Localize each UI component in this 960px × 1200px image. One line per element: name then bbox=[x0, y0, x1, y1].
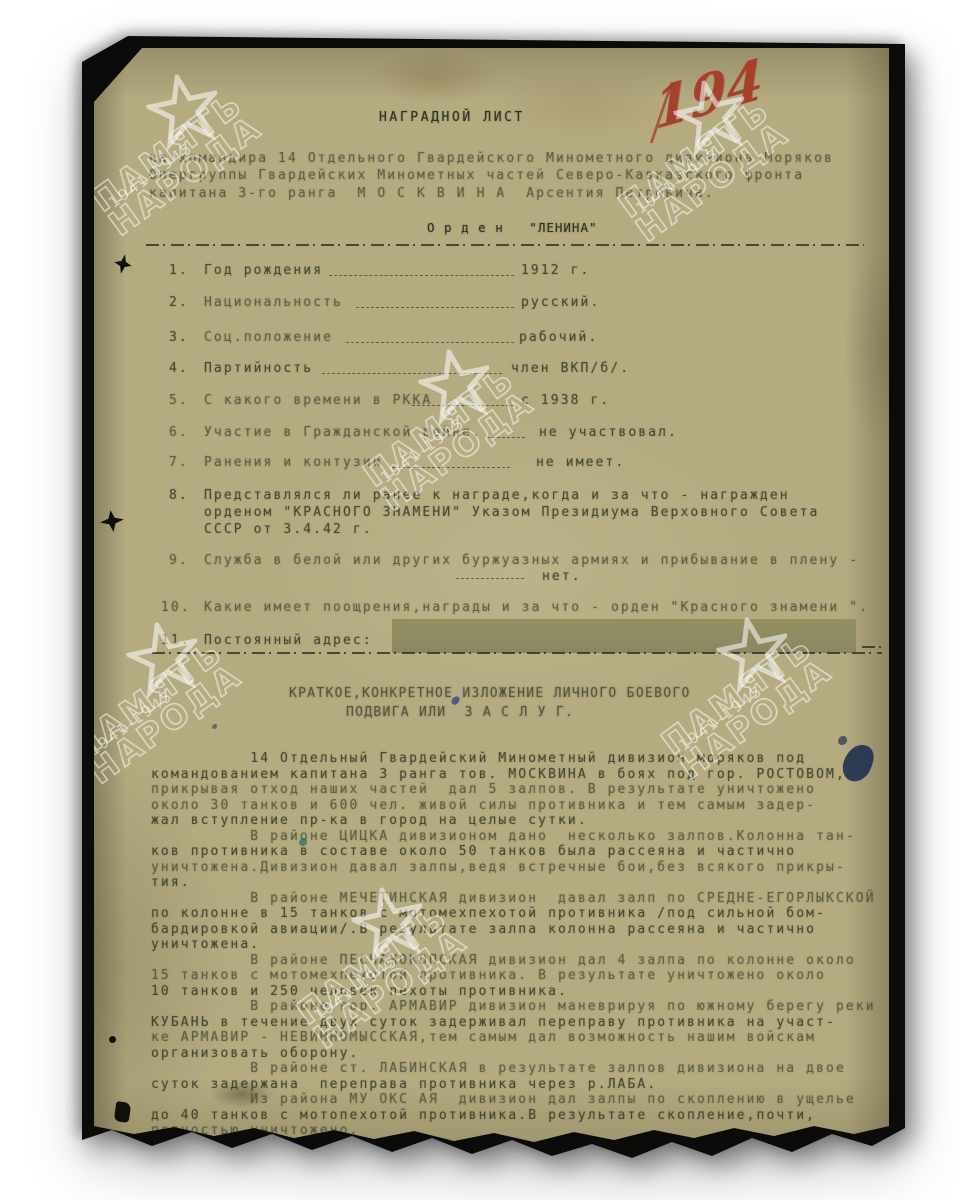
screenshot-root: { "colors": { "paper": "#b5ab81", "ink":… bbox=[0, 0, 960, 1200]
body-text-line: В районе МЕЧЕТИНСКАЯ дивизион давал залп… bbox=[151, 891, 876, 907]
item-label: Год рождения bbox=[204, 263, 323, 279]
item-text-line: Какие имеет поощрения,награды и за что -… bbox=[204, 600, 869, 616]
item-number: 5. bbox=[169, 393, 189, 409]
punch-hole bbox=[112, 252, 134, 275]
dotted-underline bbox=[329, 263, 514, 276]
item-value: рабочий. bbox=[519, 330, 598, 346]
dotted-underline bbox=[456, 566, 524, 579]
body-text-line: Из района МУ ОКС АЯ дивизион дал залпы п… bbox=[151, 1092, 856, 1108]
punch-hole bbox=[109, 1036, 116, 1043]
dotted-underline bbox=[322, 361, 502, 374]
handwritten-page-number: 194 bbox=[653, 46, 764, 143]
watermark-word: ПАМЯТЬ bbox=[67, 635, 229, 764]
item-number: 10. bbox=[161, 600, 191, 616]
body-text-line: жал вступление пр-ка в город на целые су… bbox=[151, 813, 588, 829]
ink-blot bbox=[838, 736, 847, 745]
item-answer: нет. bbox=[542, 569, 582, 585]
item-label: Национальность bbox=[204, 295, 343, 311]
item-label: Соц.положение bbox=[204, 330, 333, 346]
item-number: 11. bbox=[161, 633, 191, 649]
body-text-line: ке АРМАВИР - НЕВИННОМЫССКАЯ,тем самым да… bbox=[151, 1030, 816, 1046]
item-text-line: СССР от 3.4.42 г. bbox=[204, 522, 373, 538]
section-heading-line: КРАТКОЕ,КОНКРЕТНОЕ ИЗЛОЖЕНИЕ ЛИЧНОГО БОЕ… bbox=[289, 686, 691, 702]
item-number: 6. bbox=[169, 425, 189, 441]
item-number: 9. bbox=[169, 553, 189, 569]
dotted-underline bbox=[356, 295, 514, 308]
divider-dashed-line bbox=[152, 652, 882, 654]
body-text-line: В районе ЦИЦКА дивизионом дано несколько… bbox=[151, 829, 856, 845]
body-text-line: В районе гор. АРМАВИР дивизион маневриру… bbox=[151, 999, 876, 1015]
scanned-photo-wrapper: НАГРАДНОЙ ЛИСТ на командира 14 Отдельног… bbox=[82, 36, 905, 1158]
body-text-line: суток задержана переправа противника чер… bbox=[151, 1077, 657, 1093]
item-label: Партийность bbox=[204, 361, 313, 377]
body-text-line: КУБАНЬ в течение двух суток задерживал п… bbox=[151, 1015, 836, 1031]
punch-hole bbox=[114, 1101, 132, 1123]
body-text-line: В районе ст. ЛАБИНСКАЯ в результате залп… bbox=[151, 1061, 846, 1077]
body-text-line: организовать оборону. bbox=[151, 1046, 359, 1062]
body-text-line: тия. bbox=[151, 875, 191, 891]
body-text-line: до 40 танков с мотопехотой противника.В … bbox=[151, 1108, 816, 1124]
watermark-years: 1941-1945 bbox=[85, 686, 176, 759]
item-number: 2. bbox=[169, 295, 189, 311]
body-text-line: ков противника в составе около 50 танков… bbox=[151, 844, 796, 860]
item-text-line: Представлялся ли ранее к награде,когда и… bbox=[204, 488, 790, 504]
body-text-line: по колонне в 15 танков с мотомехпехотой … bbox=[151, 906, 826, 922]
document-scan-frame: НАГРАДНОЙ ЛИСТ на командира 14 Отдельног… bbox=[82, 36, 905, 1158]
body-text-line: прикрывая отход наших частей дал 5 залпо… bbox=[151, 782, 816, 798]
redacted-address-block bbox=[392, 619, 856, 653]
ink-blot bbox=[212, 724, 217, 729]
body-text-line: бардировкой авиации/.В результате залпа … bbox=[151, 922, 816, 938]
recipient-description-line: на командира 14 Отдельного Гвардейского … bbox=[149, 151, 834, 167]
item-label: Участие в Гражданской войне. bbox=[204, 425, 482, 441]
item-number: 8. bbox=[169, 488, 189, 504]
item-text-line: орденом "КРАСНОГО ЗНАМЕНИ" Указом Презид… bbox=[204, 505, 819, 521]
recipient-description-line: капитана 3-го ранга М О С К В И Н А Арсе… bbox=[149, 186, 715, 202]
item-value: не участвовал. bbox=[539, 425, 678, 441]
body-text-line: уничтожена.Дивизион давал залпы,ведя вст… bbox=[151, 860, 846, 876]
body-text-line: В районе ПЕСЧАНОКОПСКАЯ дивизион дал 4 з… bbox=[151, 953, 856, 969]
star-icon bbox=[141, 67, 226, 152]
dotted-underline bbox=[487, 425, 525, 438]
item-value: русский. bbox=[521, 295, 600, 311]
item-value: член ВКП/б/. bbox=[511, 361, 630, 377]
item-label: Ранения и контузии bbox=[204, 455, 383, 471]
body-text-line: полностью уничтожено. bbox=[151, 1123, 359, 1139]
dotted-underline bbox=[346, 330, 514, 343]
item-text-line: Служба в белой или других буржуазных арм… bbox=[204, 553, 859, 569]
item-number: 3. bbox=[169, 330, 189, 346]
recipient-description-line: Опергруппы Гвардейских Минометных частей… bbox=[149, 168, 804, 184]
body-text-line: около 30 танков и 600 чел. живой силы пр… bbox=[151, 798, 816, 814]
item-number: 4. bbox=[169, 361, 189, 377]
divider-dashed-line bbox=[862, 646, 886, 648]
document-title: НАГРАДНОЙ ЛИСТ bbox=[379, 110, 525, 126]
item-number: 1. bbox=[169, 263, 189, 279]
award-name-line: О р д е н "ЛЕНИНА" bbox=[427, 220, 598, 236]
handwritten-page-number-text: 194 bbox=[653, 46, 764, 143]
item-label: Постоянный адрес: bbox=[204, 633, 373, 649]
body-text-line: 15 танков с мотомехпехотой противника. В… bbox=[151, 968, 826, 984]
punch-hole bbox=[99, 508, 126, 533]
item-label: С какого времени в РККА bbox=[204, 393, 432, 409]
item-value: 1912 г. bbox=[521, 263, 591, 279]
item-value: с 1938 г. bbox=[521, 393, 610, 409]
body-text-line: 14 Отдельный Гвардейский Минометный диви… bbox=[151, 751, 806, 767]
dotted-underline bbox=[412, 393, 514, 406]
item-number: 7. bbox=[169, 455, 189, 471]
star-icon bbox=[121, 615, 206, 700]
dotted-underline bbox=[392, 455, 510, 468]
item-value: не имеет. bbox=[536, 455, 625, 471]
star-icon bbox=[413, 342, 498, 427]
body-text-line: 10 танков и 250 человек пехоты противник… bbox=[151, 984, 568, 1000]
body-text-line: уничтожена. bbox=[151, 937, 260, 953]
award-sheet-page: НАГРАДНОЙ ЛИСТ на командира 14 Отдельног… bbox=[94, 48, 889, 1144]
body-text-line: командованием капитана 3 ранга тов. МОСК… bbox=[151, 767, 846, 783]
divider-dashed-line bbox=[146, 244, 864, 246]
section-heading-line: ПОДВИГА ИЛИ З А С Л У Г. bbox=[346, 705, 574, 721]
